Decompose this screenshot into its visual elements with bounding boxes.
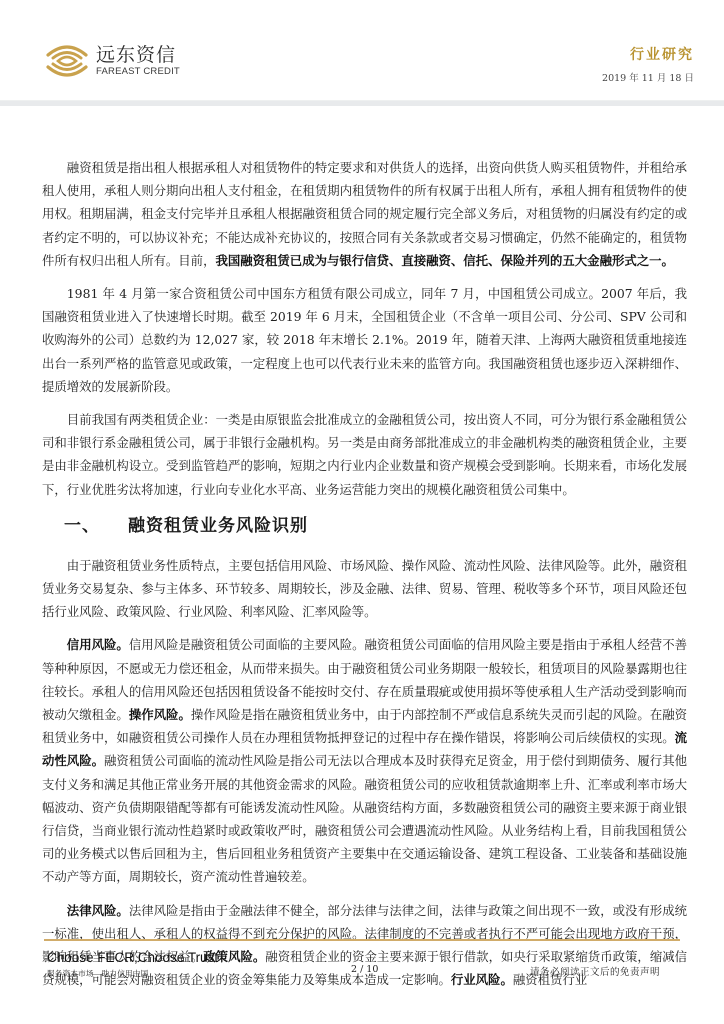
paragraph-risk-overview: 由于融资租赁业务性质特点，主要包括信用风险、市场风险、操作风险、流动性风险、法律… bbox=[42, 554, 687, 624]
term-credit-risk: 信用风险。 bbox=[67, 637, 129, 652]
report-category: 行业研究 bbox=[630, 44, 694, 64]
paragraph-text: 融资租赁公司面临的流动性风险是指公司无法以合理成本及时获得充足资金，用于偿付到期… bbox=[42, 753, 687, 884]
paragraph-history: 1981 年 4 月第一家合资租赁公司中国东方租赁有限公司成立，同年 7 月，中… bbox=[42, 282, 687, 398]
fareast-credit-logo-icon bbox=[44, 42, 90, 80]
document-body: 融资租赁是指出租人根据承租人对租赁物件的特定要求和对供货人的选择，出资向供货人购… bbox=[42, 156, 687, 1002]
section-heading-risk-identification: 一、融资租赁业务风险识别 bbox=[64, 511, 687, 536]
key-statement: 我国融资租赁已成为与银行信贷、直接融资、信托、保险并列的五大金融形式之一。 bbox=[215, 253, 673, 268]
report-date: 2019 年 11 月 18 日 bbox=[602, 70, 694, 84]
disclaimer-notice: 请务必阅读正文后的免责声明 bbox=[530, 964, 660, 978]
logo-english-name: FAREAST CREDIT bbox=[96, 66, 180, 78]
term-legal-risk: 法律风险。 bbox=[67, 903, 129, 918]
term-operational-risk: 操作风险。 bbox=[129, 707, 191, 722]
header-divider bbox=[0, 100, 724, 106]
footer-slogan-english: Choose FECR,Choose Trust bbox=[47, 950, 218, 965]
paragraph-definition: 融资租赁是指出租人根据承租人对租赁物件的特定要求和对供货人的选择，出资向供货人购… bbox=[42, 156, 687, 272]
page-number: 2 / 10 bbox=[351, 964, 378, 975]
term-industry-risk: 行业风险。 bbox=[451, 972, 513, 987]
section-title: 融资租赁业务风险识别 bbox=[128, 516, 308, 536]
paragraph-credit-operational-liquidity-risk: 信用风险。信用风险是融资租赁公司面临的主要风险。融资租赁公司面临的信用风险主要是… bbox=[42, 633, 687, 888]
paragraph-text: 融资租赁是指出租人根据承租人对租赁物件的特定要求和对供货人的选择，出资向供货人购… bbox=[42, 160, 687, 268]
company-logo: 远东资信 FAREAST CREDIT bbox=[44, 42, 180, 80]
logo-chinese-name: 远东资信 bbox=[96, 44, 180, 66]
section-number: 一、 bbox=[64, 511, 100, 536]
page-header: 远东资信 FAREAST CREDIT 行业研究 2019 年 11 月 18 … bbox=[0, 0, 724, 110]
paragraph-industry-types: 目前我国有两类租赁企业：一类是由原银监会批准成立的金融租赁公司，按出资人不同，可… bbox=[42, 408, 687, 501]
footer-divider bbox=[44, 939, 680, 941]
footer-slogan-chinese: 服务资本市场 助力信用中国 bbox=[47, 968, 148, 979]
